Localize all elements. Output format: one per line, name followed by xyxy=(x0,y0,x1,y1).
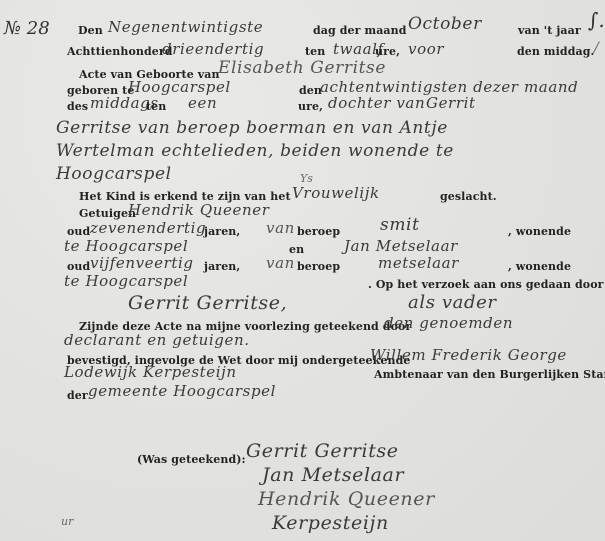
parents-line-2: Wertelman echtelieden, beiden wonende te xyxy=(56,141,454,161)
witness-2-occupation: metselaar xyxy=(378,254,459,272)
printed-dag-der-maand: dag der maand xyxy=(313,24,407,37)
printed-ten: ten xyxy=(305,45,325,58)
signature-witness-1: Hendrik Queener xyxy=(258,488,435,510)
printed-geslacht: geslacht. xyxy=(440,190,497,203)
witness-2-van: van xyxy=(266,254,295,272)
printed-op-het-verzoek: . Op het verzoek aan ons gedaan door xyxy=(368,278,604,291)
printed-van-t-jaar: van 't jaar xyxy=(518,24,581,37)
official-last-names: Lodewijk Kerpesteijn xyxy=(64,363,237,381)
signature-witness-2: Jan Metselaar xyxy=(262,464,404,486)
printed-den-middag: den middag. xyxy=(517,45,594,58)
printed-ure-2: ure, xyxy=(298,100,323,113)
record-year: drieendertig xyxy=(162,40,264,58)
witness-1-residence: te Hoogcarspel xyxy=(64,237,188,255)
witness-2-residence: te Hoogcarspel xyxy=(64,272,188,290)
printed-den: Den xyxy=(78,24,103,37)
printed-jaren: jaren, xyxy=(204,225,240,238)
declarant-capacity: als vader xyxy=(408,292,497,313)
record-voor-na: voor xyxy=(408,40,444,58)
printed-ure: ure, xyxy=(375,45,400,58)
witness-2-name: Jan Metselaar xyxy=(344,237,458,255)
witness-1-name: Hendrik Queener xyxy=(128,201,269,219)
witness-1-occupation: smit xyxy=(380,215,420,235)
parents-line-1: Gerritse van beroep boerman en van Antje xyxy=(56,118,448,138)
witness-2-age: vijfenveertig xyxy=(90,254,194,272)
printed-der: der xyxy=(67,389,88,402)
declarant-name: Gerrit Gerritse, xyxy=(128,292,287,314)
signature-official: Kerpesteijn xyxy=(272,512,389,534)
witness-1-age: zevenendertig xyxy=(90,219,206,237)
margin-slash-right: / xyxy=(594,40,599,56)
relation: dochter van xyxy=(328,94,425,112)
birth-record-day: Negenentwintigste xyxy=(108,18,263,36)
birth-hour: een xyxy=(188,94,217,112)
printed-achttienhonderd: Achttienhonderd xyxy=(67,45,173,58)
printed-den-2: den xyxy=(299,84,322,97)
document-page: № 28 ∫. / Den Negenentwintigste dag der … xyxy=(0,0,605,541)
margin-mark-right: ∫. xyxy=(588,8,605,32)
signed-by: den genoemden xyxy=(384,314,513,332)
parents-residence: Hoogcarspel xyxy=(56,164,172,184)
printed-beroep-2: beroep xyxy=(297,260,340,273)
record-number: № 28 xyxy=(4,18,50,39)
printed-wonende: , wonende xyxy=(508,225,571,238)
child-name: Elisabeth Gerritse xyxy=(218,58,386,78)
printed-des: des xyxy=(67,100,88,113)
printed-ambtenaar: Ambtenaar van den Burgerlijken Stand xyxy=(374,368,605,381)
child-sex: Vrouwelijk xyxy=(292,184,380,202)
record-month: October xyxy=(408,14,482,34)
witness-1-van: van xyxy=(266,219,295,237)
printed-beroep: beroep xyxy=(297,225,340,238)
municipality: gemeente Hoogcarspel xyxy=(88,382,276,400)
printed-wonende-2: , wonende xyxy=(508,260,571,273)
signature-father: Gerrit Gerritse xyxy=(246,440,399,462)
was-geteekend-label: (Was geteekend): xyxy=(137,453,246,466)
father-first-name: Gerrit xyxy=(426,94,476,112)
margin-mark-bottom-left: ur xyxy=(61,515,73,528)
signed-by-cont: declarant en getuigen. xyxy=(64,331,250,349)
printed-ten-2: ten xyxy=(146,100,166,113)
official-first-names: Willem Frederik George xyxy=(370,346,567,364)
printed-jaren-2: jaren, xyxy=(204,260,240,273)
